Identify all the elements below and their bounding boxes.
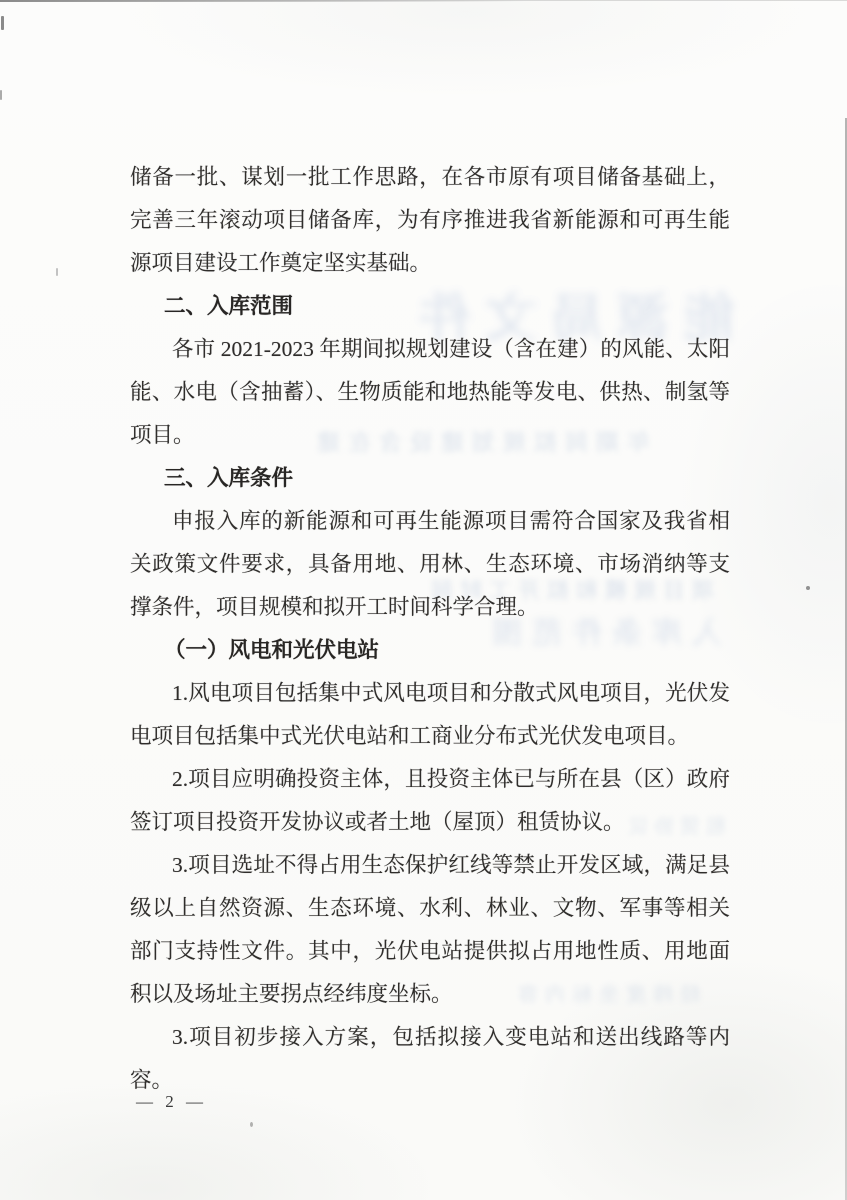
- paragraph-item-2: 2.项目应明确投资主体，且投资主体已与所在县（区）政府签订项目投资开发协议或者土…: [130, 758, 730, 844]
- paragraph: 申报入库的新能源和可再生能源项目需符合国家及我省相关政策文件要求，具备用地、用林…: [130, 500, 730, 629]
- scan-speck: [56, 268, 58, 276]
- section-heading-3: 三、入库条件: [130, 457, 730, 500]
- paragraph-item-1: 1.风电项目包括集中式风电项目和分散式风电项目，光伏发电项目包括集中式光伏电站和…: [130, 672, 730, 758]
- subsection-heading-1: （一）风电和光伏电站: [130, 629, 730, 672]
- document-body: 储备一批、谋划一批工作思路，在各市原有项目储备基础上，完善三年滚动项目储备库，为…: [130, 156, 730, 1102]
- scan-edge-hairline: [0, 0, 847, 1]
- scan-speck: [250, 1122, 253, 1127]
- paragraph-continuation: 储备一批、谋划一批工作思路，在各市原有项目储备基础上，完善三年滚动项目储备库，为…: [130, 156, 730, 285]
- section-heading-2: 二、入库范围: [130, 285, 730, 328]
- paragraph-item-3b: 3.项目初步接入方案，包括拟接入变电站和送出线路等内容。: [130, 1016, 730, 1102]
- scan-speck: [1, 16, 4, 30]
- paragraph-item-3: 3.项目选址不得占用生态保护红线等禁止开发区域，满足县级以上自然资源、生态环境、…: [130, 844, 730, 1016]
- page-number: — 2 —: [136, 1092, 207, 1112]
- scan-speck: [0, 90, 2, 100]
- paragraph: 各市 2021-2023 年期间拟规划建设（含在建）的风能、太阳能、水电（含抽蓄…: [130, 328, 730, 457]
- scan-speck: [806, 586, 810, 590]
- scanned-document-page: 能源局文件 年期间拟规划建设含在建 项目规模和拟开工时间 入库条件范围 租赁协议…: [0, 0, 847, 1200]
